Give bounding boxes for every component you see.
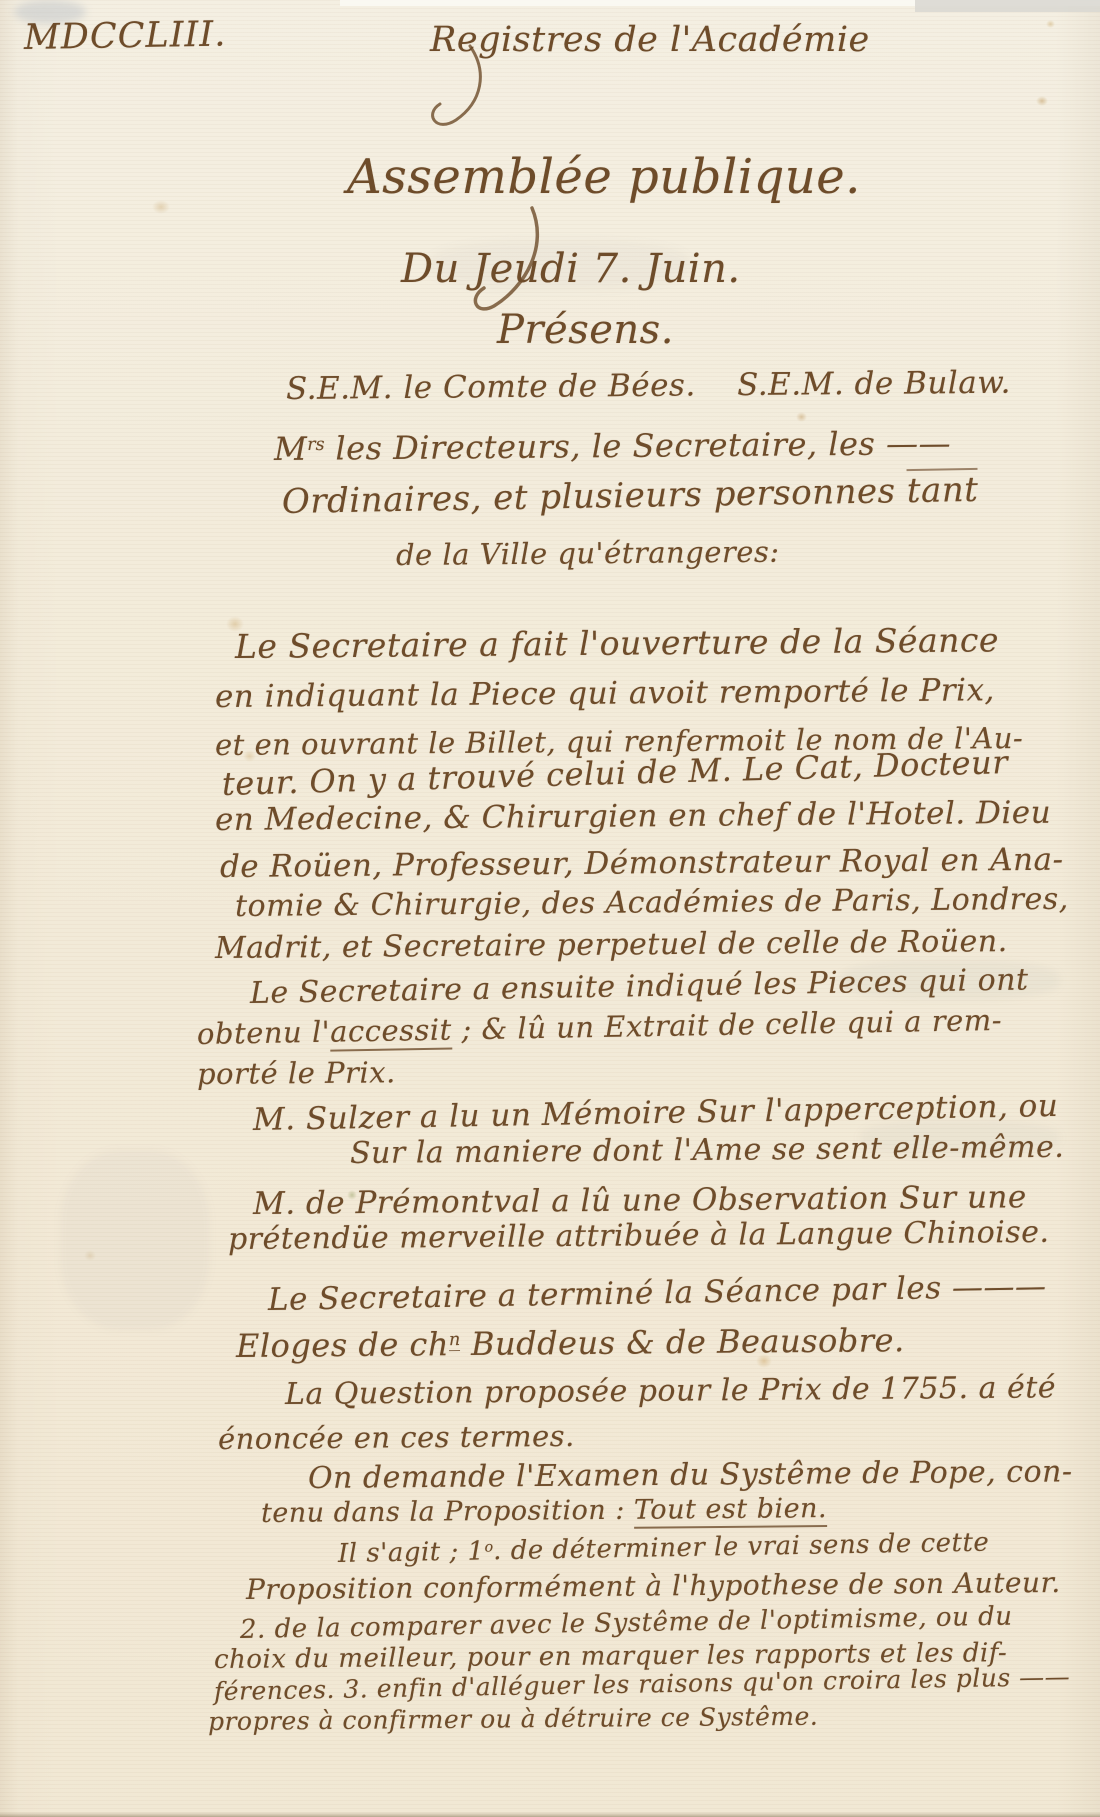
fox-stain: [796, 412, 807, 422]
show-through-mark: [60, 1150, 210, 1330]
body-line: Madrit, et Secretaire perpetuel de celle…: [215, 926, 1008, 964]
body-line: en indiquant la Piece qui avoit remporté…: [215, 674, 995, 713]
attendee-line: S.E.M. le Comte de Bées. S.E.M. de Bulaw…: [286, 367, 1011, 406]
body-line: Sur la maniere dont l'Ame se sent elle-m…: [350, 1132, 1065, 1170]
fox-stain: [84, 1250, 96, 1261]
session-date: Du Jeudi 7. Juin.: [401, 248, 741, 290]
register-title: Registres de l'Académie: [430, 22, 870, 59]
body-line: tenu dans la Proposition : Tout est bien…: [261, 1495, 827, 1528]
manuscript-page: MDCCLIII. Registres de l'AcadémieAssembl…: [0, 0, 1100, 1817]
body-line: obtenu l'accessit ; & lû un Extrait de c…: [197, 1005, 1003, 1049]
attendee-line: Mrs les Directeurs, le Secretaire, les —…: [274, 427, 951, 467]
body-line: tomie & Chirurgie, des Académies de Pari…: [235, 884, 1069, 923]
photo-top-right-patch: [915, 0, 1100, 12]
fox-stain: [152, 200, 170, 214]
attendee-line: de la Ville qu'étrangeres:: [396, 537, 780, 571]
attendee-line: Ordinaires, et plusieurs personnes tant: [282, 473, 979, 521]
body-line: en Medecine, & Chirurgien en chef de l'H…: [215, 797, 1051, 837]
body-line: Le Secretaire a ensuite indiqué les Piec…: [250, 964, 1029, 1009]
body-line: propres à confirmer ou à détruire ce Sys…: [208, 1704, 818, 1736]
body-line: de Roüen, Professeur, Démonstrateur Roya…: [220, 844, 1064, 884]
fox-stain: [1046, 20, 1055, 28]
body-line: Le Secretaire a terminé la Séance par le…: [268, 1270, 1047, 1316]
body-line: La Question proposée pour le Prix de 175…: [285, 1372, 1056, 1410]
body-line: porté le Prix.: [197, 1057, 396, 1089]
body-line: énoncée en ces termes.: [218, 1421, 575, 1455]
body-line: Proposition conformément à l'hypothese d…: [246, 1568, 1061, 1604]
page-bottom-shadow: [0, 1812, 1100, 1817]
body-line: M. Sulzer a lu un Mémoire Sur l'appercep…: [253, 1090, 1059, 1137]
year-label: MDCCLIII.: [24, 16, 227, 56]
presens-heading: Présens.: [497, 309, 674, 351]
body-line: Eloges de chn Buddeus & de Beausobre.: [236, 1324, 905, 1363]
body-line: Il s'agit ; 1o. de déterminer le vrai se…: [338, 1530, 990, 1569]
body-line: prétendüe merveille attribuée à la Langu…: [228, 1217, 1050, 1256]
body-line: On demande l'Examen du Systême de Pope, …: [308, 1456, 1073, 1494]
fox-stain: [1036, 96, 1048, 106]
body-line: M. de Prémontval a lû une Observation Su…: [253, 1181, 1027, 1220]
body-line: Le Secretaire a fait l'ouverture de la S…: [235, 623, 999, 664]
assembly-title: Assemblée publique.: [347, 152, 861, 202]
